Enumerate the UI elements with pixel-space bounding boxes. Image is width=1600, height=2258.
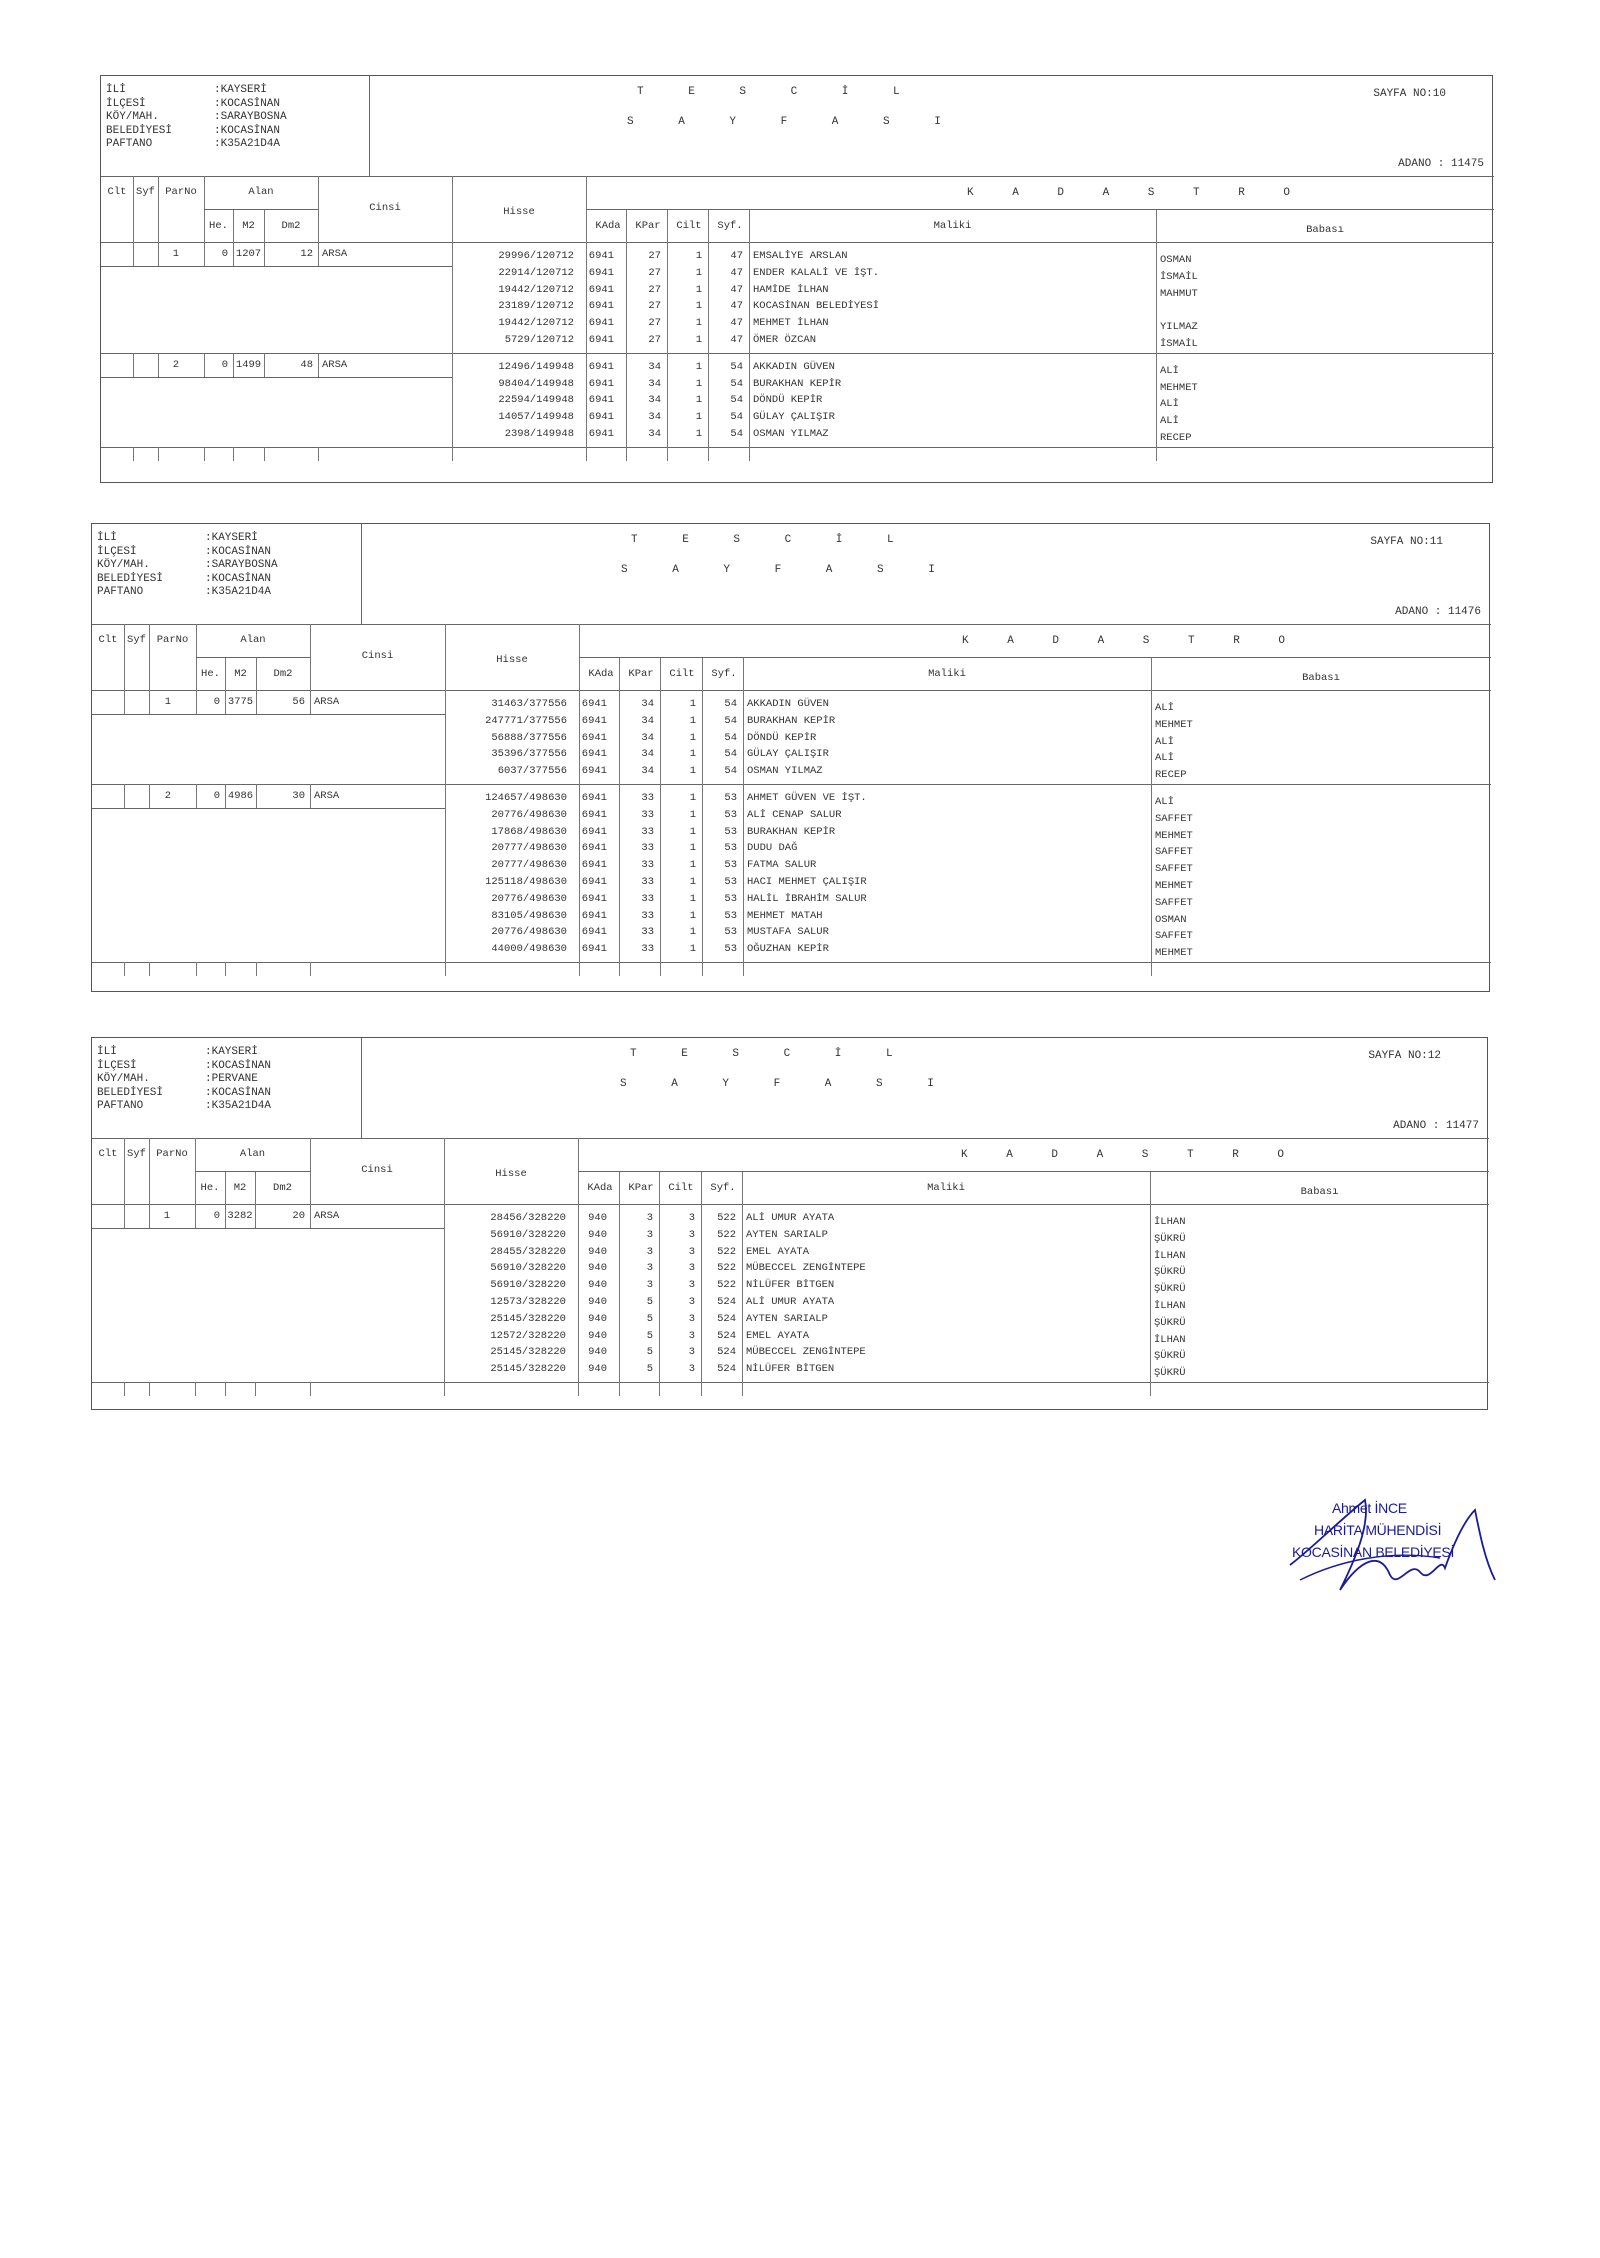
col-header-syf: Syf [124,1148,149,1160]
father-name: MEHMET [1160,382,1280,394]
owner-name: EMEL AYATA [746,1246,1146,1258]
kadastro-parsel: 33 [619,910,654,922]
col-header-cilt: Cilt [661,1182,701,1194]
father-name: ŞÜKRÜ [1154,1317,1274,1329]
owner-row: 56910/32822094033522MÜBECCEL ZENGİNTEPEŞ… [92,1262,1489,1279]
col-header-babasi: Babası [1151,672,1491,684]
volume: 3 [659,1363,695,1375]
owner-row: 17868/498630694133153BURAKHAN KEPİRMEHME… [92,826,1491,843]
share: 22914/120712 [452,267,574,279]
info-value: :SARAYBOSNA [214,111,287,125]
owner-row: 2398/149948694134154OSMAN YILMAZRECEP [101,428,1494,445]
owner-name: ALİ UMUR AYATA [746,1296,1146,1308]
grid-line [149,962,150,976]
owner-row: 19442/120712694127147MEHMET İLHANYILMAZ [101,317,1494,334]
stamp-title: HARİTA MÜHENDİSİ [1314,1522,1441,1538]
volume: 1 [660,732,696,744]
info-value: :KOCASİNAN [214,125,280,139]
owner-name: AHMET GÜVEN VE İŞT. [747,792,1147,804]
stamp-name: Ahmet İNCE [1332,1500,1407,1516]
kadastro-parsel: 3 [619,1229,653,1241]
page: 53 [702,943,737,955]
father-name: İLHAN [1154,1250,1274,1262]
owner-name: DUDU DAĞ [747,842,1147,854]
share: 2398/149948 [452,428,574,440]
share: 22594/149948 [452,394,574,406]
grid-line [626,447,627,461]
owner-row: 125118/498630694133153HACI MEHMET ÇALIŞI… [92,876,1491,893]
share: 20776/498630 [445,926,567,938]
volume: 3 [659,1330,695,1342]
col-header-babasi: Babası [1156,224,1494,236]
tescil-sheet-2: İLİ:KAYSERİİLÇESİ:KOCASİNANKÖY/MAH.:SARA… [91,523,1490,992]
col-header-syf: Syf [124,634,149,646]
kadastro-parsel: 33 [619,809,654,821]
volume: 1 [667,284,702,296]
info-label: KÖY/MAH. [97,559,205,573]
info-row-ilce: İLÇESİ:KOCASİNAN [106,98,369,112]
page: 47 [708,317,743,329]
owner-name: EMEL AYATA [746,1330,1146,1342]
kadastro-parsel: 33 [619,842,654,854]
info-row-ilce: İLÇESİ:KOCASİNAN [97,546,361,560]
kadastro-ada: 6941 [579,698,607,710]
grid-line [310,962,311,976]
grid-line [578,1382,579,1396]
grid-line [124,962,125,976]
share: 35396/377556 [445,748,567,760]
kadastro-parsel: 27 [626,267,661,279]
parcel-row: 10377556ARSA31463/377556694134154AKKADIN… [92,690,1491,784]
share: 20777/498630 [445,859,567,871]
kadastro-ada: 940 [578,1246,607,1258]
owner-row: 6037/377556694134154OSMAN YILMAZRECEP [92,765,1491,782]
info-row-belediye: BELEDİYESİ:KOCASİNAN [97,1087,361,1101]
kadastro-parsel: 34 [626,361,661,373]
signature-stamp: Ahmet İNCE HARİTA MÜHENDİSİ KOCASİNAN BE… [1270,1480,1500,1610]
father-name: SAFFET [1155,863,1275,875]
share: 25145/328220 [444,1346,566,1358]
info-label: PAFTANO [97,586,205,600]
grid-line [445,962,446,976]
col-header-alan: Alan [195,1148,310,1160]
location-info: İLİ:KAYSERİİLÇESİ:KOCASİNANKÖY/MAH.:SARA… [92,524,362,624]
volume: 1 [667,394,702,406]
kadastro-parsel: 33 [619,859,654,871]
share: 14057/149948 [452,411,574,423]
owner-name: BURAKHAN KEPİR [753,378,1152,390]
volume: 1 [660,876,696,888]
page: 53 [702,842,737,854]
kadastro-ada: 6941 [586,411,614,423]
page: 522 [701,1262,736,1274]
owner-row: 35396/377556694134154GÜLAY ÇALIŞIRALİ [92,748,1491,765]
parcel-row: 10120712ARSA29996/120712694127147EMSALİY… [101,242,1494,353]
kadastro-ada: 940 [578,1346,607,1358]
page: 54 [702,732,737,744]
kadastro-ada: 6941 [586,334,614,346]
grid-line [133,447,134,461]
volume: 1 [660,943,696,955]
page: 53 [702,910,737,922]
tescil-sheet-1: İLİ:KAYSERİİLÇESİ:KOCASİNANKÖY/MAH.:SARA… [100,75,1493,483]
col-header-maliki: Maliki [742,1182,1150,1194]
info-label: BELEDİYESİ [97,1087,205,1101]
col-header-m2: M2 [225,668,256,680]
info-row-koy: KÖY/MAH.:PERVANE [97,1073,361,1087]
kadastro-parsel: 3 [619,1212,653,1224]
grid-line [452,447,453,461]
owner-name: BURAKHAN KEPİR [747,715,1147,727]
kadastro-ada: 940 [578,1330,607,1342]
grid-line [124,1382,125,1396]
divider [92,624,1491,625]
info-label: PAFTANO [106,138,214,152]
grid-line [660,962,661,976]
col-header-babasi: Babası [1150,1186,1489,1198]
share: 19442/120712 [452,284,574,296]
kadastro-ada: 940 [578,1279,607,1291]
share: 20776/498630 [445,893,567,905]
owner-row: 29996/120712694127147EMSALİYE ARSLANOSMA… [101,250,1494,267]
owner-name: NİLÜFER BİTGEN [746,1363,1146,1375]
grid-line [196,962,197,976]
father-name: ALİ [1155,736,1275,748]
grid-line [444,1382,445,1396]
grid-line [149,1382,150,1396]
kadastro-title: K A D A S T R O [962,635,1301,647]
owner-row: 83105/498630694133153MEHMET MATAHOSMAN [92,910,1491,927]
father-name: ŞÜKRÜ [1154,1233,1274,1245]
owner-row: 56910/32822094033522AYTEN SARIALPŞÜKRÜ [92,1229,1489,1246]
owner-row: 14057/149948694134154GÜLAY ÇALIŞIRALİ [101,411,1494,428]
kadastro-parsel: 5 [619,1330,653,1342]
info-label: PAFTANO [97,1100,205,1114]
divider [196,657,310,658]
page: 524 [701,1296,736,1308]
sayfasi-title: S A Y F A S I [621,564,954,576]
info-value: :KAYSERİ [205,532,258,546]
volume: 3 [659,1346,695,1358]
info-value: :KOCASİNAN [205,1087,271,1101]
kadastro-ada: 6941 [579,748,607,760]
page: 47 [708,300,743,312]
father-name: RECEP [1160,432,1280,444]
divider [195,1171,310,1172]
father-name: MEHMET [1155,719,1275,731]
father-name: ŞÜKRÜ [1154,1283,1274,1295]
col-header-cinsi: Cinsi [318,202,452,214]
kadastro-ada: 940 [578,1229,607,1241]
volume: 3 [659,1212,695,1224]
col-header-he: He. [204,220,233,232]
kadastro-ada: 6941 [586,378,614,390]
divider [579,657,1491,658]
grid-line [1156,447,1157,461]
kadastro-parsel: 27 [626,284,661,296]
share: 83105/498630 [445,910,567,922]
grid-line [579,962,580,976]
page: 53 [702,826,737,838]
grid-line [586,447,587,461]
owner-name: MÜBECCEL ZENGİNTEPE [746,1346,1146,1358]
page: 53 [702,926,737,938]
share: 25145/328220 [444,1363,566,1375]
divider [92,1138,1489,1139]
volume: 3 [659,1246,695,1258]
volume: 1 [660,765,696,777]
info-label: İLÇESİ [106,98,214,112]
info-row-pafta: PAFTANO:K35A21D4A [97,1100,361,1114]
col-header-cinsi: Cinsi [310,650,445,662]
divider [586,209,1494,210]
kadastro-parsel: 5 [619,1346,653,1358]
father-name: ŞÜKRÜ [1154,1367,1274,1379]
owner-name: MEHMET İLHAN [753,317,1152,329]
share: 6037/377556 [445,765,567,777]
share: 56888/377556 [445,732,567,744]
kadastro-ada: 6941 [586,317,614,329]
owner-row: 20777/498630694133153FATMA SALURSAFFET [92,859,1491,876]
col-header-hisse: Hisse [444,1168,578,1180]
kadastro-ada: 6941 [586,300,614,312]
kadastro-parsel: 34 [626,378,661,390]
col-header-kada: KAda [581,668,621,680]
father-name: ŞÜKRÜ [1154,1266,1274,1278]
kadastro-parsel: 34 [626,394,661,406]
father-name: İLHAN [1154,1300,1274,1312]
info-row-pafta: PAFTANO:K35A21D4A [97,586,361,600]
info-value: :KAYSERİ [214,84,267,98]
father-name: YILMAZ [1160,321,1280,333]
owner-row: 20776/498630694133153ALİ CENAP SALURSAFF… [92,809,1491,826]
volume: 3 [659,1296,695,1308]
page: 54 [702,765,737,777]
col-header-dm2: Dm2 [264,220,318,232]
kadastro-parsel: 34 [619,698,654,710]
owner-row: 98404/149948694134154BURAKHAN KEPİRMEHME… [101,378,1494,395]
divider [204,209,318,210]
volume: 1 [660,792,696,804]
kadastro-ada: 6941 [579,792,607,804]
divider [92,962,1491,963]
share: 23189/120712 [452,300,574,312]
volume: 3 [659,1262,695,1274]
owner-row: 5729/120712694127147ÖMER ÖZCANİSMAİL [101,334,1494,351]
kadastro-parsel: 5 [619,1363,653,1375]
father-name: SAFFET [1155,930,1275,942]
info-row-il: İLİ:KAYSERİ [106,84,369,98]
col-header-parno: ParNo [149,634,196,646]
ada-number: ADANO : 11476 [1395,606,1481,618]
kadastro-ada: 6941 [579,910,607,922]
owner-name: AYTEN SARIALP [746,1229,1146,1241]
kadastro-parsel: 33 [619,826,654,838]
col-header-cilt: Cilt [669,220,709,232]
col-header-alan: Alan [196,634,310,646]
owner-name: HALİL İBRAHİM SALUR [747,893,1147,905]
kadastro-parsel: 5 [619,1313,653,1325]
owner-row: 22914/120712694127147ENDER KALALİ VE İŞT… [101,267,1494,284]
kadastro-ada: 6941 [586,428,614,440]
owner-name: ÖMER ÖZCAN [753,334,1152,346]
owner-name: NİLÜFER BİTGEN [746,1279,1146,1291]
father-name: ALİ [1155,796,1275,808]
kadastro-parsel: 3 [619,1279,653,1291]
grid-line [225,1382,226,1396]
col-header-he: He. [195,1182,225,1194]
grid-line [749,447,750,461]
father-name: ŞÜKRÜ [1154,1350,1274,1362]
page: 54 [702,698,737,710]
grid-line [318,447,319,461]
kadastro-ada: 6941 [579,809,607,821]
father-name: İSMAİL [1160,271,1280,283]
grid-line [195,1382,196,1396]
sayfasi-title: S A Y F A S I [627,116,960,128]
page: 522 [701,1246,736,1258]
owner-row: 44000/498630694133153OĞUZHAN KEPİRMEHMET [92,943,1491,960]
sayfa-number: SAYFA NO:10 [1373,88,1446,100]
page: 47 [708,284,743,296]
col-header-he: He. [196,668,225,680]
owner-row: 20776/498630694133153MUSTAFA SALURSAFFET [92,926,1491,943]
page: 522 [701,1229,736,1241]
volume: 1 [660,715,696,727]
info-label: İLİ [106,84,214,98]
info-row-il: İLİ:KAYSERİ [97,1046,361,1060]
col-header-hisse: Hisse [452,206,586,218]
owner-name: AKKADIN GÜVEN [753,361,1152,373]
grid-line [264,447,265,461]
divider [101,176,1494,177]
owner-name: AYTEN SARIALP [746,1313,1146,1325]
share: 28456/328220 [444,1212,566,1224]
volume: 1 [667,411,702,423]
col-header-alan: Alan [204,186,318,198]
owner-name: ALİ UMUR AYATA [746,1212,1146,1224]
page: 47 [708,250,743,262]
page: 54 [708,394,743,406]
owner-row: 25145/32822094053524AYTEN SARIALPŞÜKRÜ [92,1313,1489,1330]
owner-row: 28455/32822094033522EMEL AYATAİLHAN [92,1246,1489,1263]
volume: 1 [660,842,696,854]
kadastro-ada: 6941 [579,943,607,955]
page: 54 [708,428,743,440]
page: 53 [702,859,737,871]
owner-name: MEHMET MATAH [747,910,1147,922]
father-name: MEHMET [1155,947,1275,959]
parcel-row: 10328220ARSA28456/32822094033522ALİ UMUR… [92,1204,1489,1382]
col-header-dm2: Dm2 [255,1182,310,1194]
volume: 3 [659,1229,695,1241]
page: 54 [708,378,743,390]
col-header-maliki: Maliki [743,668,1151,680]
kadastro-ada: 940 [578,1212,607,1224]
info-row-ilce: İLÇESİ:KOCASİNAN [97,1060,361,1074]
kadastro-parsel: 33 [619,876,654,888]
owner-name: MÜBECCEL ZENGİNTEPE [746,1262,1146,1274]
page: 54 [708,411,743,423]
divider [578,1171,1489,1172]
kadastro-ada: 6941 [579,859,607,871]
col-header-clt: Clt [103,186,131,198]
page: 53 [702,792,737,804]
kadastro-ada: 6941 [579,876,607,888]
share: 12573/328220 [444,1296,566,1308]
share: 56910/328220 [444,1279,566,1291]
grid-line [743,962,744,976]
kadastro-parsel: 5 [619,1296,653,1308]
kadastro-parsel: 3 [619,1246,653,1258]
share: 247771/377556 [445,715,567,727]
page: 522 [701,1212,736,1224]
info-label: BELEDİYESİ [97,573,205,587]
kadastro-ada: 6941 [586,267,614,279]
page: 524 [701,1313,736,1325]
grid-line [158,447,159,461]
owner-name: OĞUZHAN KEPİR [747,943,1147,955]
share: 125118/498630 [445,876,567,888]
owner-name: DÖNDÜ KEPİR [753,394,1152,406]
kadastro-ada: 6941 [579,826,607,838]
grid-line [233,447,234,461]
page: 54 [708,361,743,373]
share: 20776/498630 [445,809,567,821]
page: 53 [702,876,737,888]
father-name: ALİ [1155,752,1275,764]
info-label: İLİ [97,1046,205,1060]
kadastro-ada: 6941 [579,893,607,905]
ada-number: ADANO : 11477 [1393,1120,1479,1132]
father-name: MEHMET [1155,830,1275,842]
father-name: OSMAN [1160,254,1280,266]
owner-row: 12572/32822094053524EMEL AYATAİLHAN [92,1330,1489,1347]
kadastro-parsel: 33 [619,893,654,905]
owner-row: 12496/149948694134154AKKADIN GÜVENALİ [101,361,1494,378]
owner-name: AKKADIN GÜVEN [747,698,1147,710]
col-header-maliki: Maliki [749,220,1156,232]
volume: 1 [667,250,702,262]
grid-line [255,1382,256,1396]
tescil-title: T E S C İ L [630,1048,912,1060]
owner-row: 20776/498630694133153HALİL İBRAHİM SALUR… [92,893,1491,910]
share: 20777/498630 [445,842,567,854]
share: 31463/377556 [445,698,567,710]
kadastro-parsel: 33 [619,926,654,938]
volume: 1 [667,361,702,373]
col-header-clt: Clt [94,1148,122,1160]
owner-row: 22594/149948694134154DÖNDÜ KEPİRALİ [101,394,1494,411]
info-label: BELEDİYESİ [106,125,214,139]
grid-line [310,1382,311,1396]
share: 56910/328220 [444,1229,566,1241]
kadastro-parsel: 34 [626,411,661,423]
col-header-kpar: KPar [621,1182,661,1194]
kadastro-ada: 6941 [579,765,607,777]
volume: 1 [660,809,696,821]
father-name: MEHMET [1155,880,1275,892]
info-label: KÖY/MAH. [106,111,214,125]
col-header-m2: M2 [233,220,264,232]
info-row-belediye: BELEDİYESİ:KOCASİNAN [106,125,369,139]
page: 524 [701,1346,736,1358]
page: 47 [708,267,743,279]
owner-row: 124657/498630694133153AHMET GÜVEN VE İŞT… [92,792,1491,809]
info-value: :K35A21D4A [214,138,280,152]
grid-line [225,962,226,976]
volume: 1 [660,698,696,710]
